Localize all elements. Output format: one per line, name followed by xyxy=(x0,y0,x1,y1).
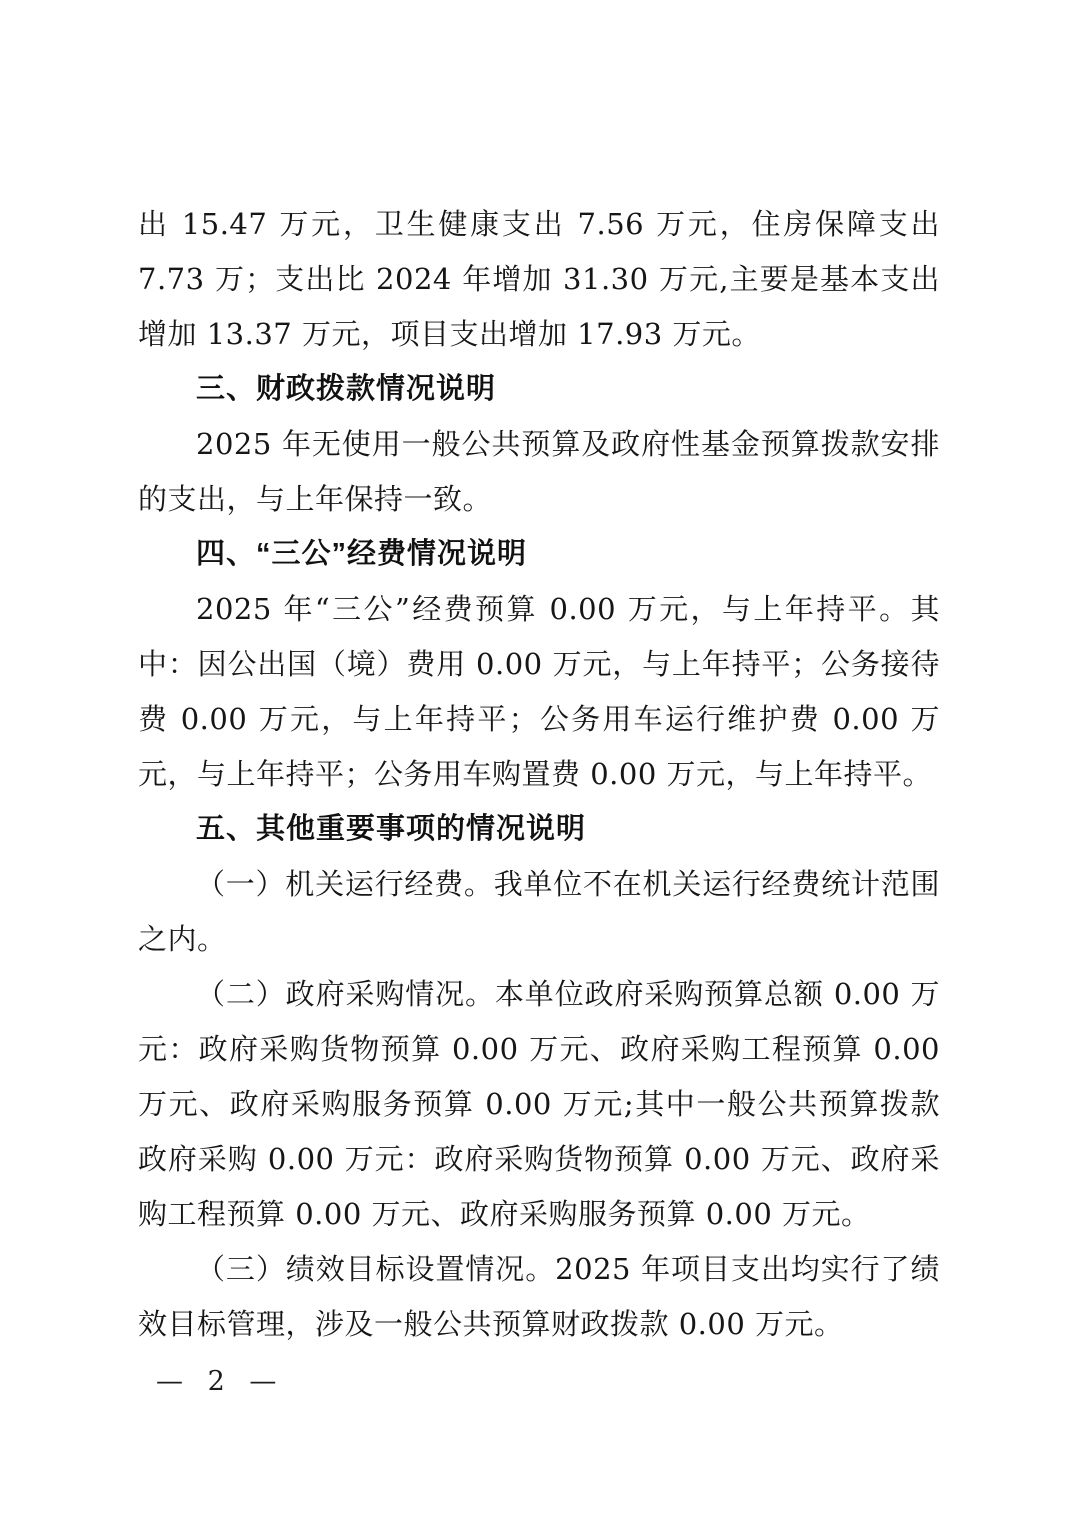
paragraph-three-public-funds: 2025 年“三公”经费预算 0.00 万元，与上年持平。其中：因公出国（境）费… xyxy=(138,582,940,802)
heading-section-4-three-public-funds: 四、“三公”经费情况说明 xyxy=(138,527,940,582)
heading-section-3-fiscal-appropriation: 三、财政拨款情况说明 xyxy=(138,362,940,417)
heading-section-5-other-important-matters: 五、其他重要事项的情况说明 xyxy=(138,802,940,857)
paragraph-item-3-performance-targets: （三）绩效目标设置情况。2025 年项目支出均实行了绩效目标管理，涉及一般公共预… xyxy=(138,1242,940,1352)
paragraph-expenditure-continued: 出 15.47 万元，卫生健康支出 7.56 万元，住房保障支出 7.73 万；… xyxy=(138,197,940,362)
paragraph-fiscal-appropriation: 2025 年无使用一般公共预算及政府性基金预算拨款安排的支出，与上年保持一致。 xyxy=(138,417,940,527)
document-page: 出 15.47 万元，卫生健康支出 7.56 万元，住房保障支出 7.73 万；… xyxy=(0,0,1074,1520)
paragraph-item-2-government-procurement: （二）政府采购情况。本单位政府采购预算总额 0.00 万元：政府采购货物预算 0… xyxy=(138,967,940,1242)
page-content: 出 15.47 万元，卫生健康支出 7.56 万元，住房保障支出 7.73 万；… xyxy=(138,197,940,1352)
page-number: — 2 — xyxy=(156,1366,284,1397)
paragraph-item-1-operating-expenses: （一）机关运行经费。我单位不在机关运行经费统计范围之内。 xyxy=(138,857,940,967)
